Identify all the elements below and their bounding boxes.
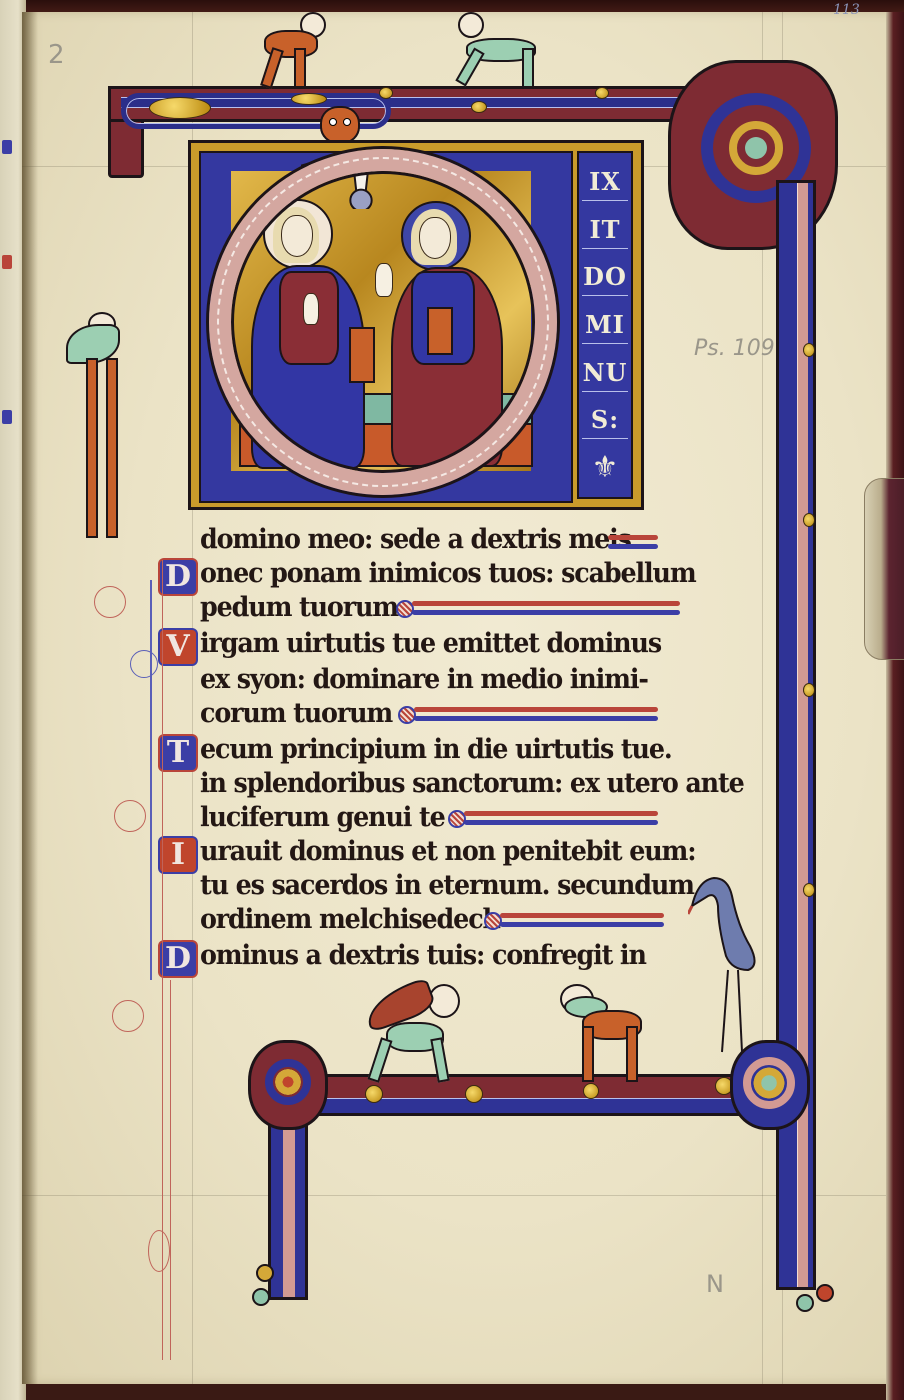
top-border-bar bbox=[108, 86, 718, 122]
heron-icon bbox=[688, 866, 768, 1056]
prev-page-initial-mark bbox=[2, 410, 12, 424]
red-lion-grotesque-icon bbox=[250, 12, 330, 88]
line-filler bbox=[484, 910, 664, 932]
text-line: corum tuorum bbox=[200, 698, 392, 738]
pencil-quire-mark: N bbox=[706, 1270, 724, 1298]
terminal-knob bbox=[252, 1288, 270, 1306]
bottom-left-border-terminal bbox=[248, 1040, 328, 1130]
banner-text: S: bbox=[582, 402, 628, 439]
text-line: pedum tuorum bbox=[200, 592, 398, 632]
bottom-border-bar bbox=[262, 1074, 792, 1116]
lion-mask-icon bbox=[320, 106, 360, 144]
decorated-initial-t: T bbox=[160, 736, 196, 770]
gold-boss bbox=[803, 683, 815, 697]
gold-boss bbox=[379, 87, 393, 99]
historiated-initial-miniature: IX IT DO MI NU S: ⚜ bbox=[188, 140, 644, 510]
gold-boss bbox=[803, 513, 815, 527]
bottom-bar-blue-band bbox=[265, 1098, 789, 1113]
spiral bbox=[265, 1059, 311, 1105]
pencil-psalm-reference: Ps. 109 bbox=[694, 336, 775, 361]
green-winged-hybrid-icon bbox=[364, 978, 474, 1084]
banner-text: NU bbox=[582, 355, 628, 392]
long-legged-hybrid-icon bbox=[62, 310, 146, 550]
text-line: ominus a dextris tuis: confregit in bbox=[200, 940, 646, 980]
gold-leaf-ornament bbox=[291, 93, 327, 105]
spiral-center bbox=[745, 137, 767, 159]
pen-flourish-scroll-icon bbox=[148, 1230, 170, 1272]
terminal-knob bbox=[796, 1294, 814, 1312]
red-beast-hybrid-icon bbox=[556, 982, 662, 1082]
pen-flourish-red bbox=[170, 980, 171, 1360]
ruling-line bbox=[22, 1195, 888, 1196]
gold-boss bbox=[465, 1085, 483, 1103]
banner-text: IT bbox=[582, 212, 628, 249]
prev-page-initial-mark bbox=[2, 255, 12, 269]
line-filler bbox=[396, 598, 680, 620]
gold-boss bbox=[803, 883, 815, 897]
terminal-knob bbox=[816, 1284, 834, 1302]
line-filler bbox=[398, 704, 658, 726]
gold-boss bbox=[583, 1083, 599, 1099]
fleur-de-lis-icon: ⚜ bbox=[592, 450, 619, 486]
gutter-shadow bbox=[22, 12, 38, 1384]
line-filler bbox=[448, 808, 658, 830]
text-line: ordinem melchisedech bbox=[200, 904, 500, 944]
gold-leaf-ornament bbox=[149, 97, 211, 119]
pen-flourish-scroll-icon bbox=[130, 650, 158, 678]
pen-flourish-scroll-icon bbox=[112, 1000, 144, 1032]
decorated-initial-d: D bbox=[160, 560, 196, 594]
gold-boss bbox=[365, 1085, 383, 1103]
binding-right-edge bbox=[886, 12, 904, 1400]
incipit-banner: IX IT DO MI NU S: ⚜ bbox=[577, 151, 633, 499]
folio-number: 113 bbox=[833, 2, 860, 18]
banner-text: DO bbox=[582, 259, 628, 296]
pen-flourish-scroll-icon bbox=[114, 800, 146, 832]
text-line: irgam uirtutis tue emittet dominus bbox=[200, 628, 661, 668]
pen-flourish-scroll-icon bbox=[94, 586, 126, 618]
banner-text: MI bbox=[582, 307, 628, 344]
pencil-mark-corner: 2 bbox=[48, 40, 65, 70]
banner-text: IX bbox=[582, 164, 628, 201]
pen-flourish-blue bbox=[150, 580, 152, 980]
gold-boss bbox=[595, 87, 609, 99]
gold-boss bbox=[471, 101, 487, 113]
decorated-initial-i: I bbox=[160, 838, 196, 872]
gold-boss bbox=[803, 343, 815, 357]
terminal-knob bbox=[256, 1264, 274, 1282]
prev-page-initial-mark bbox=[2, 140, 12, 154]
decorated-initial-d: D bbox=[160, 942, 196, 976]
initial-letter-d-filigree bbox=[217, 157, 549, 487]
clasp-tab bbox=[864, 478, 904, 660]
line-filler bbox=[592, 532, 658, 554]
green-lion-grotesque-icon bbox=[446, 12, 542, 88]
decorated-initial-v: V bbox=[160, 630, 196, 664]
spiral bbox=[743, 1057, 795, 1109]
